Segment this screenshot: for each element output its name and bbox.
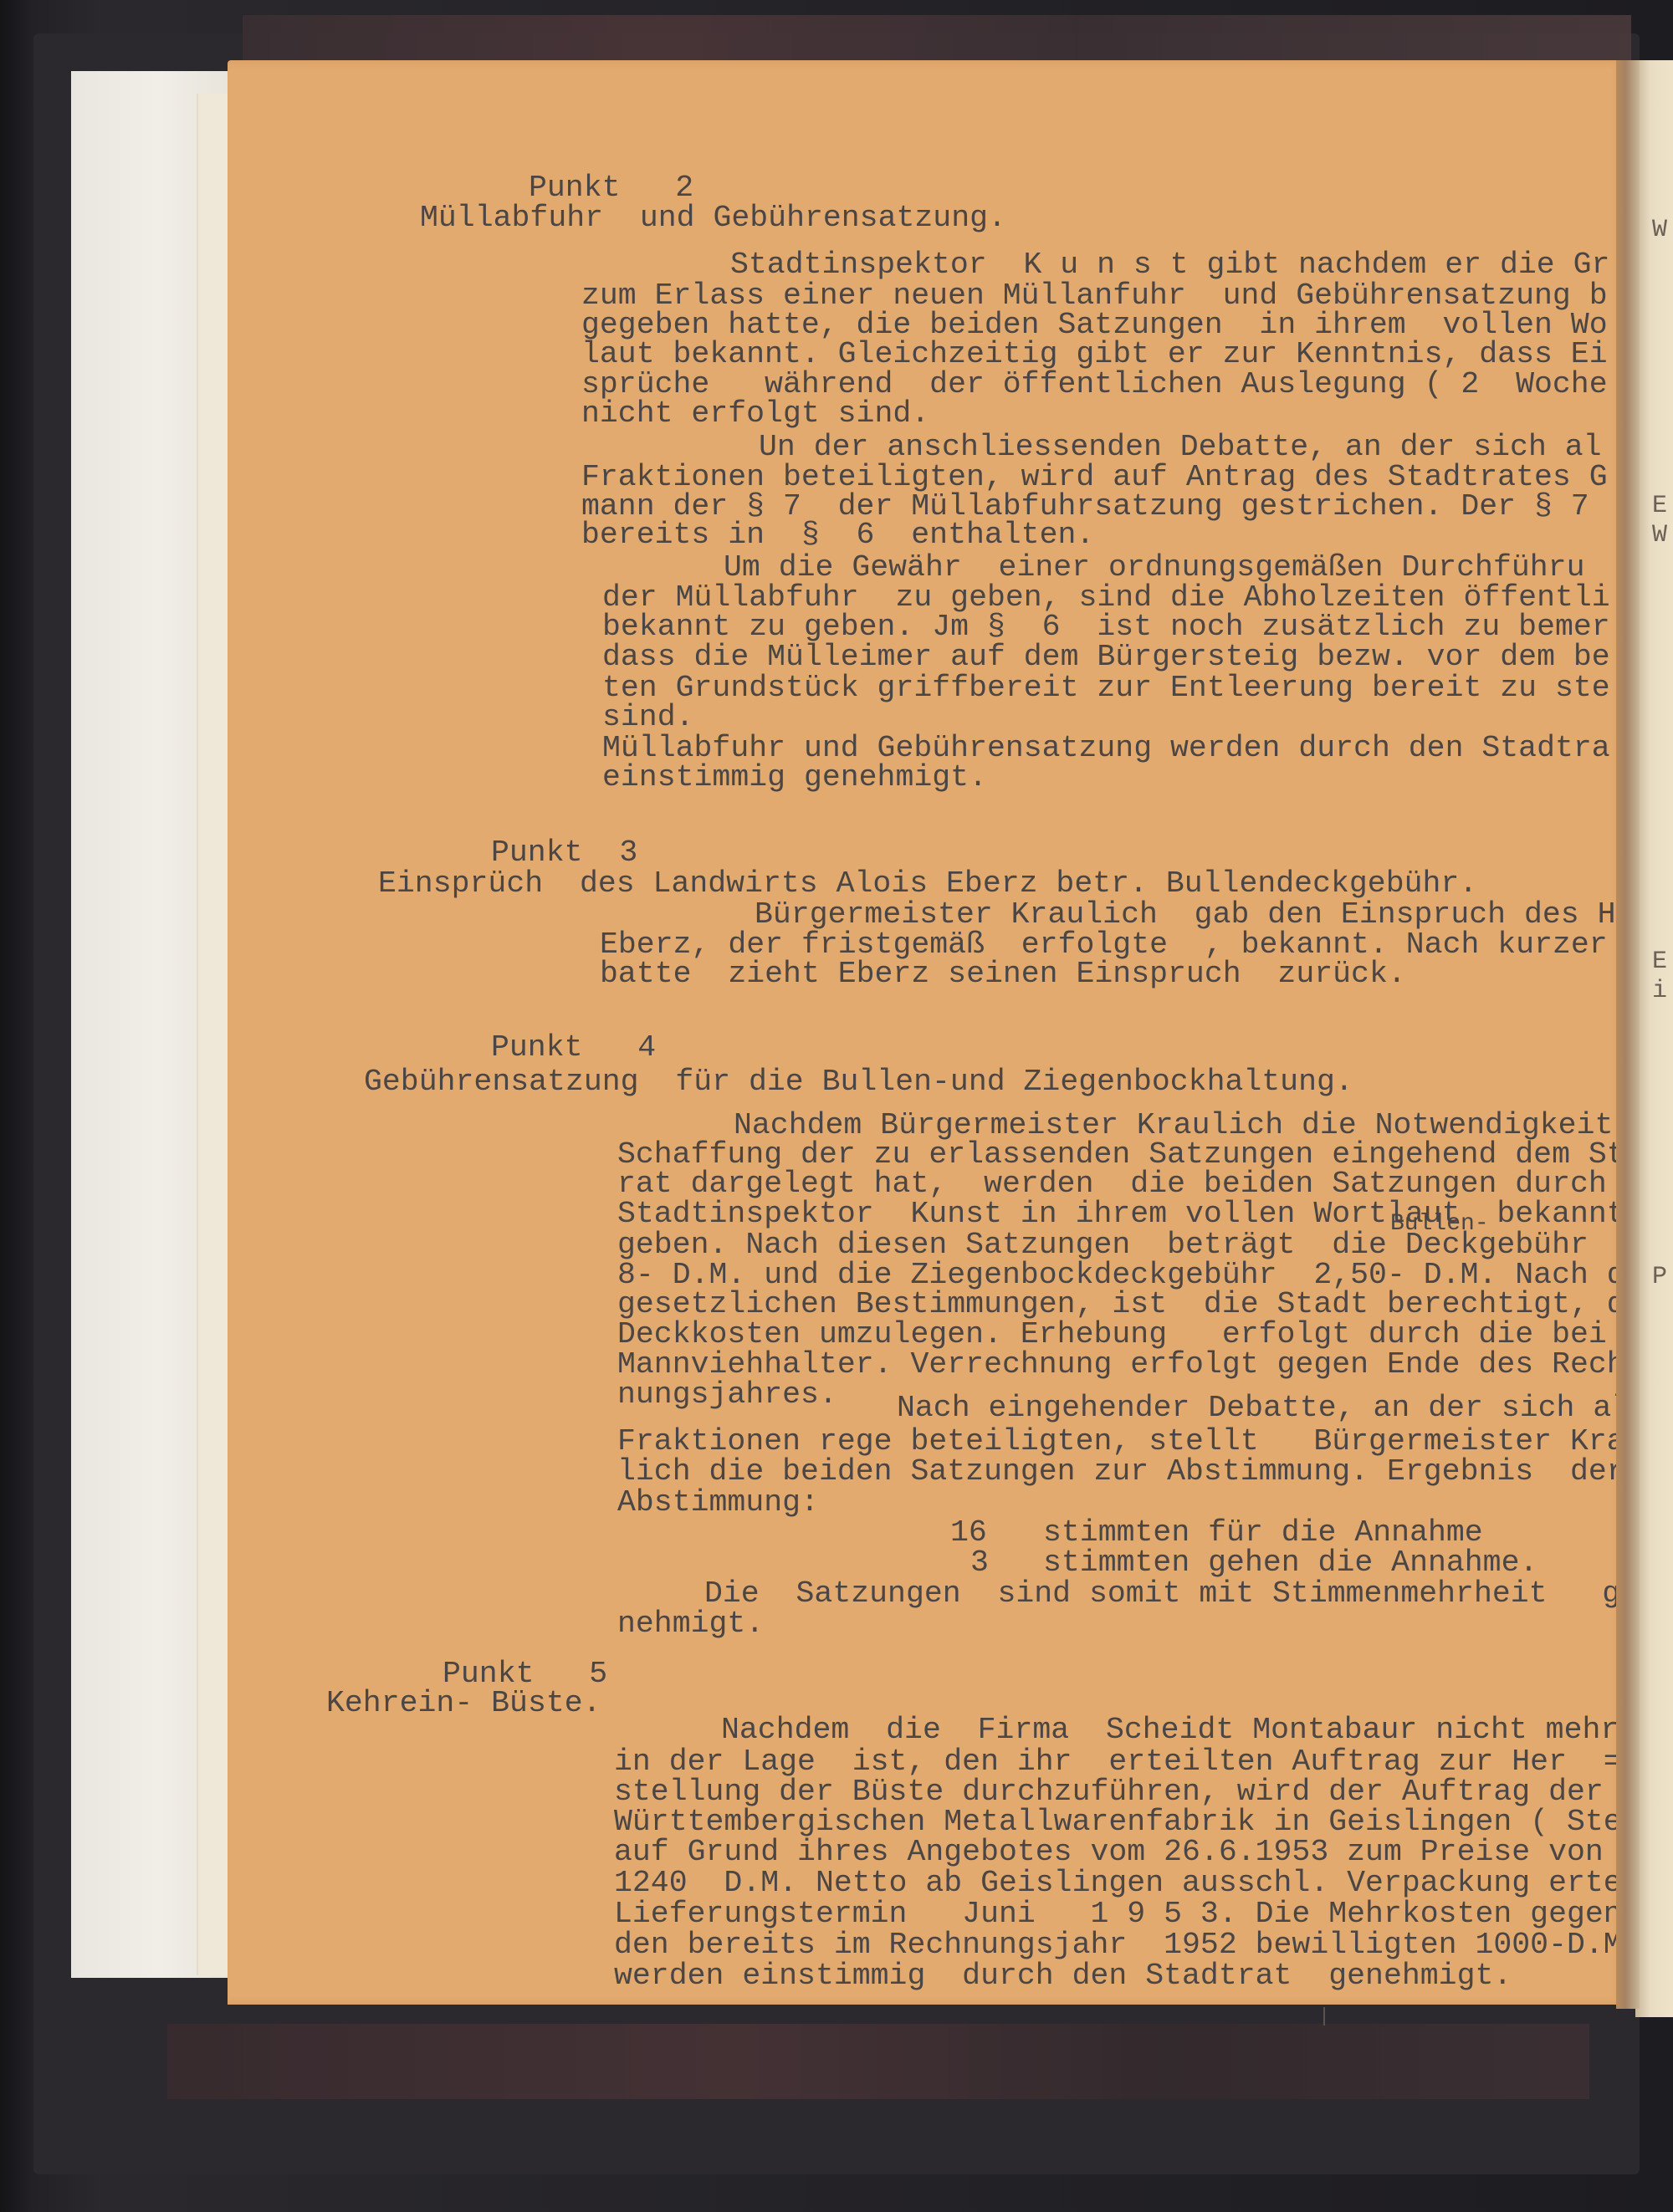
document-text: Punkt 2 Müllabfuhr und Gebührensatzung. … [228, 0, 1620, 2212]
body-line: nicht erfolgt sind. [581, 399, 929, 430]
body-line: Fraktionen rege beteiligten, stellt Bürg… [617, 1427, 1620, 1458]
facing-page: W E W E i P [1635, 60, 1673, 2017]
body-line: Württembergischen Metallwarenfabrik in G… [614, 1807, 1620, 1838]
body-line: in der Lage ist, den ihr erteilten Auftr… [614, 1747, 1620, 1778]
section-heading: Punkt 3 [491, 838, 637, 869]
body-line: Mannviehhalter. Verrechnung erfolgt gege… [617, 1350, 1620, 1381]
body-line: Deckkosten umzulegen. Erhebung erfolgt d… [617, 1320, 1607, 1351]
body-line: auf Grund ihres Angebotes vom 26.6.1953 … [614, 1837, 1604, 1868]
body-line: laut bekannt. Gleichzeitig gibt er zur K… [581, 340, 1608, 370]
body-line: Abstimmung: [617, 1488, 819, 1519]
facing-page-char: P [1652, 1264, 1667, 1290]
facing-page-char: W [1652, 217, 1667, 243]
body-line: Stadtinspektor K u n s t gibt nachdem er… [730, 250, 1609, 281]
body-line: den bereits im Rechnungsjahr 1952 bewill… [614, 1930, 1620, 1961]
body-line: 1240 D.M. Netto ab Geislingen ausschl. V… [614, 1868, 1620, 1899]
body-line: batte zieht Eberz seinen Einspruch zurüc… [600, 959, 1406, 990]
body-line: nehmigt. [617, 1609, 764, 1640]
body-line: Lieferungstermin Juni 1 9 5 3. Die Mehrk… [614, 1899, 1620, 1930]
pen-mark [1323, 2007, 1325, 2026]
facing-page-char: E [1652, 493, 1667, 519]
body-line: bekannt zu geben. Jm § 6 ist noch zusätz… [602, 612, 1610, 643]
section-title: Einsprüch des Landwirts Alois Eberz betr… [378, 869, 1477, 900]
body-line: sind. [602, 702, 694, 733]
facing-page-char: W [1652, 523, 1667, 548]
body-line: Nachdem die Firma Scheidt Montabaur nich… [721, 1715, 1619, 1746]
body-line: einstimmig genehmigt. [602, 763, 987, 794]
vote-text-yes: stimmten für die Annahme [1043, 1518, 1483, 1549]
body-line: nungsjahres. [617, 1380, 837, 1411]
section-title: Kehrein- Büste. [326, 1688, 601, 1719]
body-line: Nach eingehender Debatte, an der sich al [897, 1393, 1620, 1424]
body-line: lich die beiden Satzungen zur Abstimmung… [617, 1457, 1620, 1488]
body-line: Um die Gewähr einer ordnungsgemäßen Durc… [724, 553, 1584, 584]
section-title: Müllabfuhr und Gebührensatzung. [420, 203, 1006, 234]
gutter-shadow [1616, 60, 1640, 2009]
vote-count-yes: 16 [950, 1518, 987, 1549]
vote-text-no: stimmten gehen die Annahme. [1043, 1548, 1537, 1579]
section-heading: Punkt 2 [529, 173, 693, 204]
vote-count-no: 3 [970, 1548, 989, 1579]
body-line: Un der anschliessenden Debatte, an der s… [759, 432, 1602, 463]
body-line: Bürgermeister Kraulich gab den Einspruch… [755, 900, 1620, 931]
body-line: rat dargelegt hat, werden die beiden Sat… [617, 1169, 1607, 1200]
body-line: stellung der Büste durchzuführen, wird d… [614, 1777, 1604, 1808]
body-line: geben. Nach diesen Satzungen beträgt die… [617, 1230, 1589, 1261]
body-line: ten Grundstück griffbereit zur Entleerun… [602, 673, 1610, 704]
facing-page-char: E [1652, 949, 1667, 974]
section-title: Gebührensatzung für die Bullen-und Ziege… [364, 1067, 1353, 1098]
body-line: dass die Mülleimer auf dem Bürgersteig b… [602, 642, 1610, 673]
body-line: Die Satzungen sind somit mit Stimmenmehr… [704, 1579, 1620, 1610]
body-line: bereits in § 6 enthalten. [581, 520, 1094, 551]
section-heading: Punkt 4 [491, 1033, 656, 1064]
body-line: werden einstimmig durch den Stadtrat gen… [614, 1961, 1512, 1992]
facing-page-char: i [1652, 978, 1667, 1004]
body-line: gesetzlichen Bestimmungen, ist die Stadt… [617, 1290, 1620, 1321]
